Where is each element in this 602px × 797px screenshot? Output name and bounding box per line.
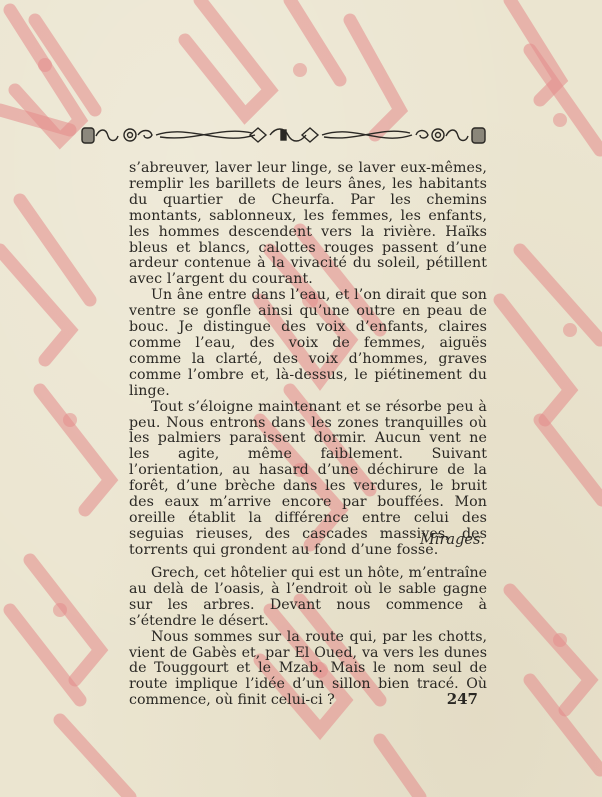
floral-headband-ornament [80,122,488,148]
section-title: Mirages. [420,532,485,548]
paragraph: Un âne entre dans l’eau, et l’on dirait … [129,288,487,399]
paragraph: s’abreuver, laver leur linge, se laver e… [129,161,487,288]
paragraph: Nous sommes sur la route qui, par les ch… [129,630,487,710]
body-text-section-1: s’abreuver, laver leur linge, se laver e… [129,161,487,559]
paragraph: Grech, cet hôtelier qui est un hôte, m’e… [129,566,487,630]
body-text-section-2: Grech, cet hôtelier qui est un hôte, m’e… [129,566,487,709]
page-number: 247 [447,690,478,708]
